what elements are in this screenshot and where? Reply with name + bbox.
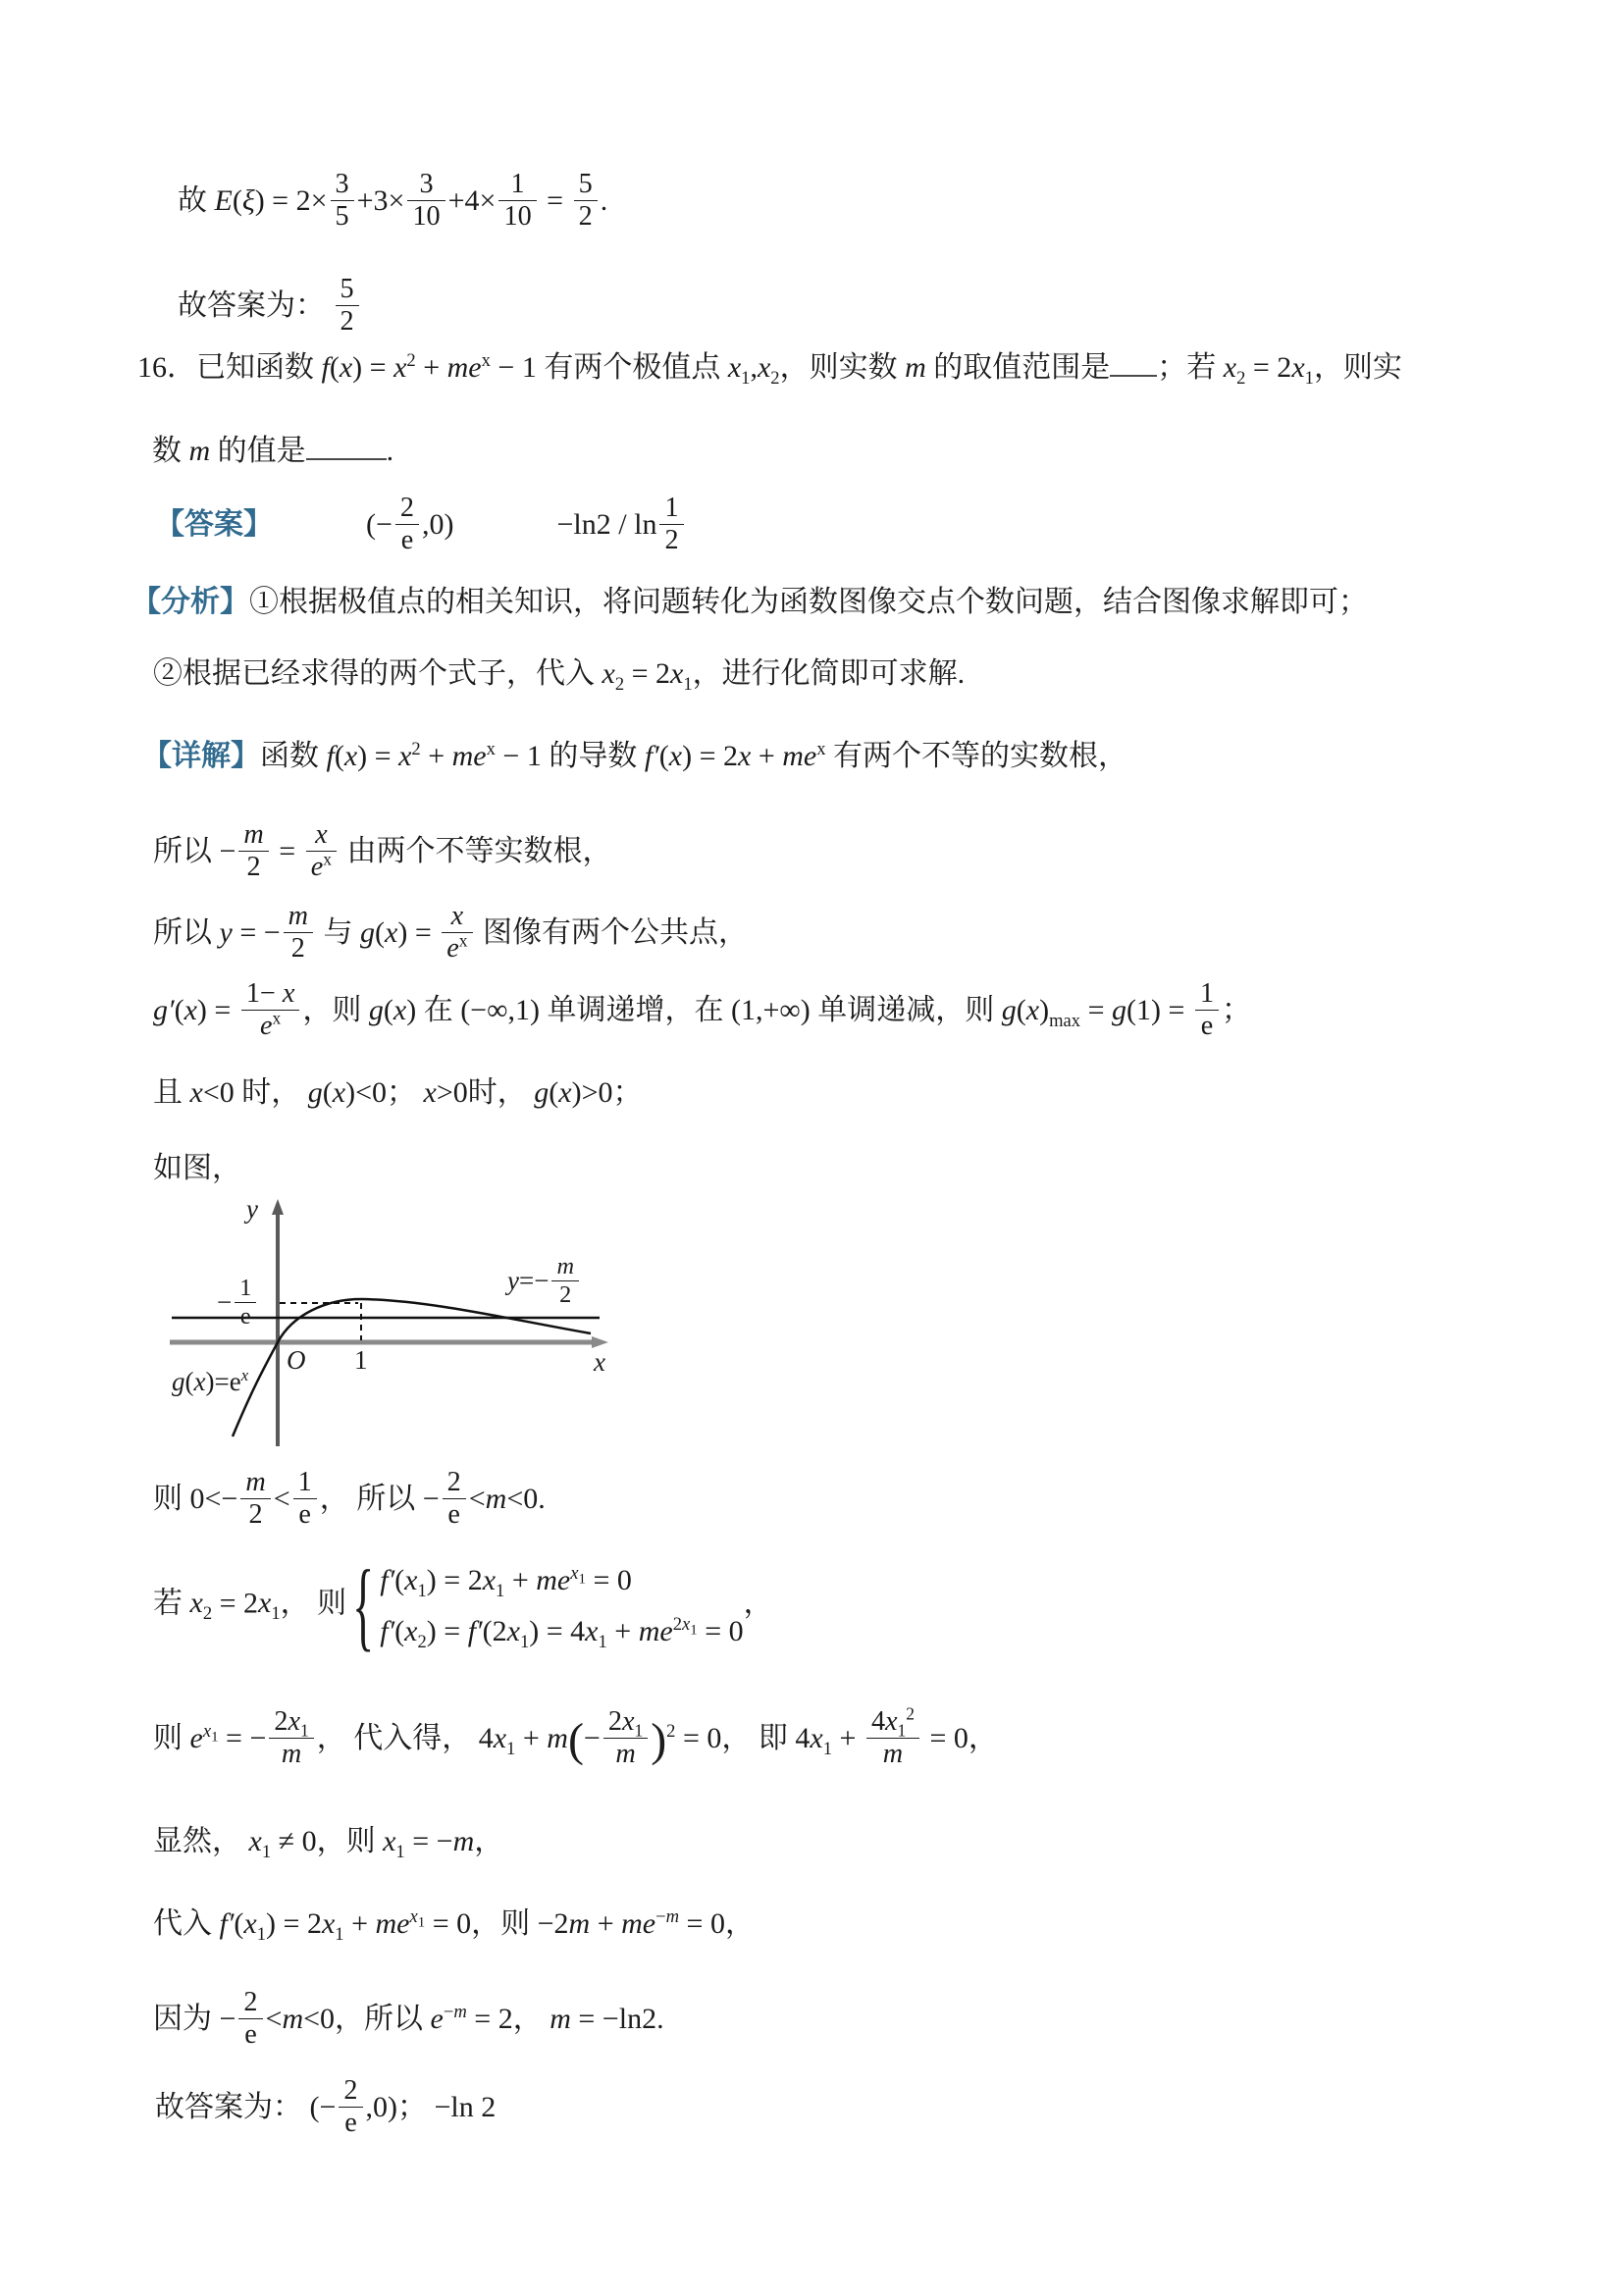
detail-line-2: 所以 −m2 = xex 由两个不等实数根， — [153, 822, 611, 885]
detail-line-1: 【详解】函数 f(x) = x2 + mex − 1 的导数 f′(x) = 2… — [142, 738, 1127, 775]
answer-note-part1: 故答案为： 52 — [178, 277, 362, 339]
detail-line-7: 则 0<−m2<1e， 所以 −2e<m<0. — [153, 1470, 546, 1533]
y-axis-arrow — [272, 1199, 284, 1215]
expectation-formula: 故 E(ξ) = 2×35+3×310+4×110 = 52. — [178, 172, 607, 235]
question-16-line1: 16．已知函数 f(x) = x2 + mex − 1 有两个极值点 x1,x2… — [137, 345, 1402, 387]
detail-line-6: 如图， — [153, 1150, 241, 1187]
question-16-line2: 数 m 的值是. — [152, 429, 393, 470]
detail-line-4: g′(x) = 1− xex，则 g(x) 在 (−∞,1) 单调递增，在 (1… — [153, 981, 1251, 1044]
detail-line-8-system: 若 x2 = 2x1， 则{f′(x1) = 2x1 + mex1 = 0f′(… — [153, 1562, 773, 1649]
detail-line-3: 所以 y = −m2 与 g(x) = xex 图像有两个公共点， — [153, 904, 748, 966]
detail-line-5: 且 x<0 时， g(x)<0； x>0时， g(x)>0； — [153, 1074, 643, 1112]
one-tick-label: 1 — [354, 1346, 368, 1376]
final-answer-line: 故答案为： (−2e,0)； −ln 2 — [155, 2078, 496, 2141]
hline-equation-label: y=−m2 — [507, 1256, 582, 1310]
analysis-line-1: 【分析】①根据极值点的相关知识，将问题转化为函数图像交点个数问题，结合图像求解即… — [131, 584, 1368, 621]
detail-line-11: 代入 f′(x1) = 2x1 + mex1 = 0，则 −2m + me−m … — [153, 1905, 755, 1943]
detail-line-12: 因为 −2e<m<0，所以 e−m = 2， m = −ln2. — [153, 1990, 664, 2053]
detail-line-10: 显然， x1 ≠ 0，则 x1 = −m， — [153, 1823, 503, 1860]
y-axis-label: y — [246, 1195, 258, 1225]
function-graph-figure: y x O 1 −1e y=−m2 g(x)=ex — [162, 1189, 643, 1452]
document-page: 故 E(ξ) = 2×35+3×310+4×110 = 52. 故答案为： 52… — [0, 0, 1623, 2296]
curve-equation-label: g(x)=ex — [172, 1368, 248, 1397]
origin-label: O — [287, 1346, 306, 1376]
answer-line: 【答案】(−2e,0)−ln2 / ln12 — [155, 496, 687, 558]
inv-e-tick-label: −1e — [217, 1278, 259, 1331]
detail-line-9: 则 ex1 = −2x1m， 代入得， 4x1 + m(−2x1m)2 = 0，… — [153, 1709, 998, 1772]
x-axis-label: x — [594, 1348, 605, 1378]
analysis-line-2: ②根据已经求得的两个式子，代入 x2 = 2x1，进行化简即可求解. — [153, 655, 965, 693]
